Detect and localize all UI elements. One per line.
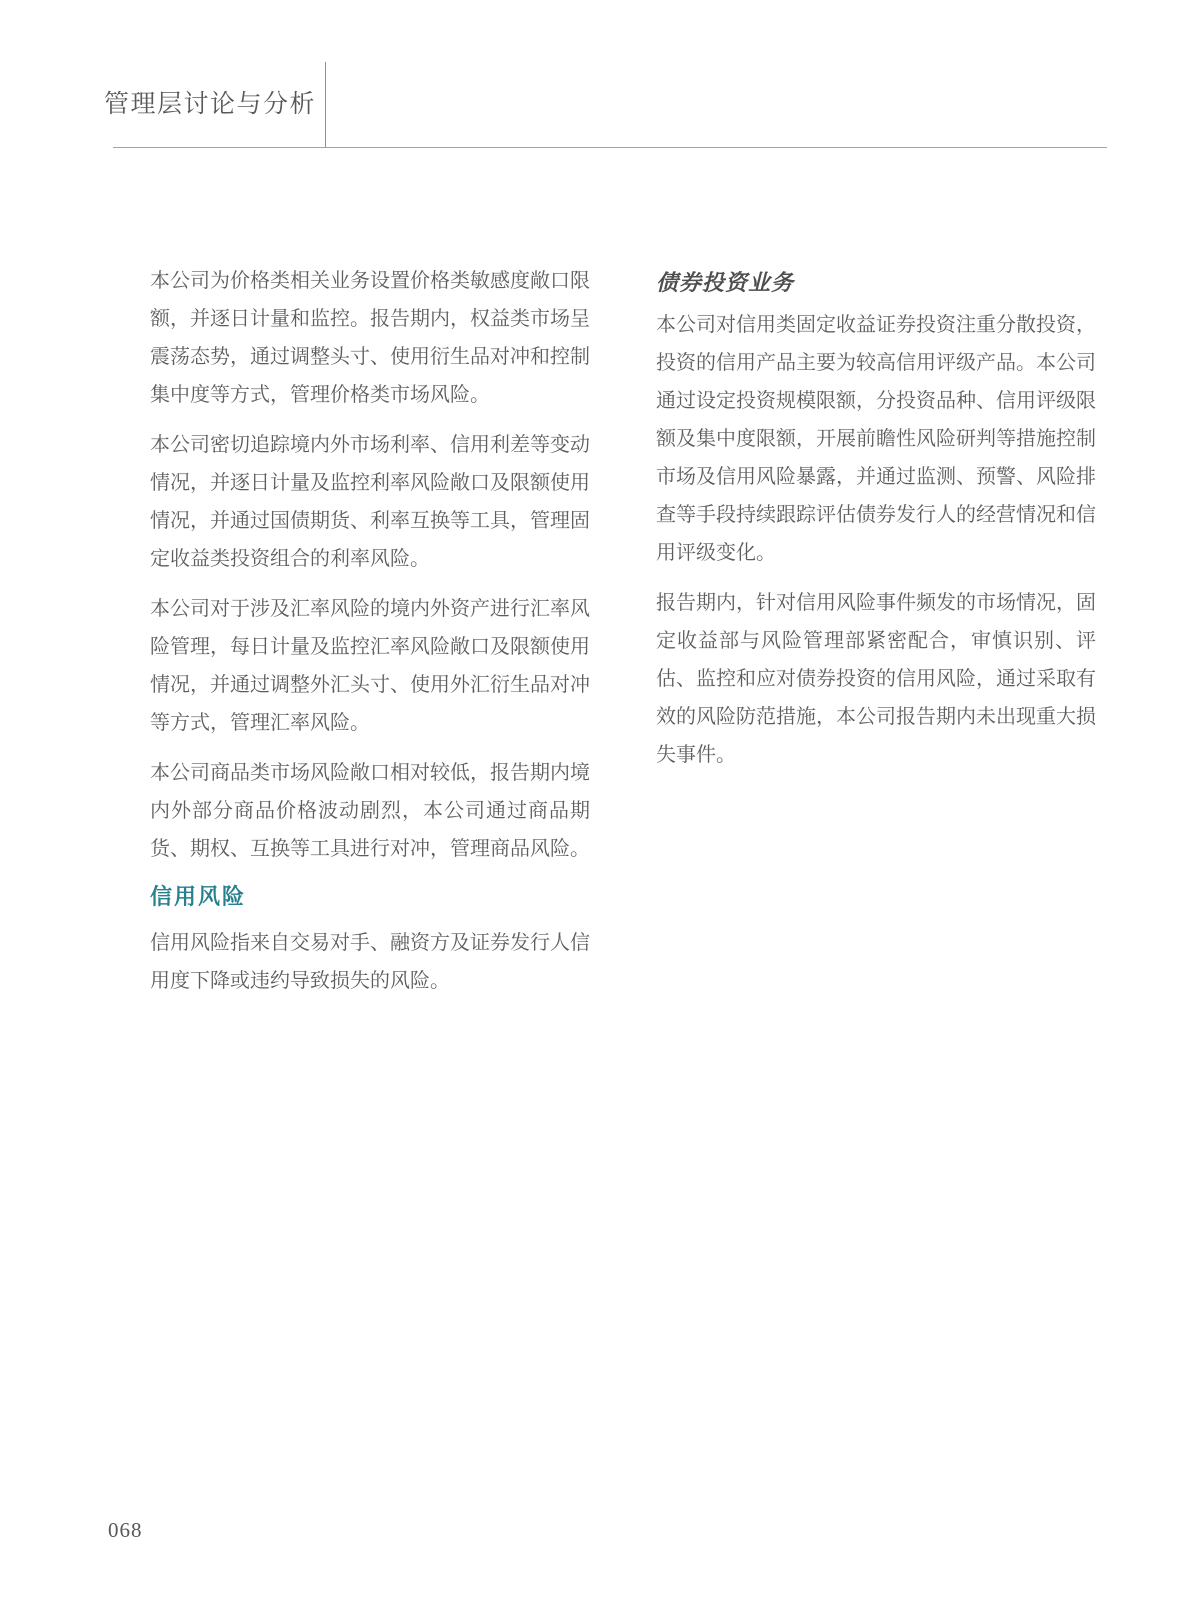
paragraph-fx-risk: 本公司对于涉及汇率风险的境内外资产进行汇率风险管理，每日计量及监控汇率风险敞口及… — [150, 590, 590, 742]
paragraph-credit-risk-definition: 信用风险指来自交易对手、融资方及证券发行人信用度下降或违约导致损失的风险。 — [150, 924, 590, 1000]
subsection-heading-bond-investment: 债券投资业务 — [656, 268, 1096, 298]
paragraph-commodity-risk: 本公司商品类市场风险敞口相对较低，报告期内境内外部分商品价格波动剧烈，本公司通过… — [150, 754, 590, 868]
header-horizontal-rule — [113, 147, 1107, 148]
paragraph-credit-event-response: 报告期内，针对信用风险事件频发的市场情况，固定收益部与风险管理部紧密配合，审慎识… — [656, 584, 1096, 774]
paragraph-interest-rate-risk: 本公司密切追踪境内外市场利率、信用利差等变动情况，并逐日计量及监控利率风险敞口及… — [150, 426, 590, 578]
paragraph-price-risk: 本公司为价格类相关业务设置价格类敏感度敞口限额，并逐日计量和监控。报告期内，权益… — [150, 262, 590, 414]
page-number: 068 — [108, 1518, 143, 1543]
header-vertical-divider — [325, 62, 326, 148]
left-column: 本公司为价格类相关业务设置价格类敏感度敞口限额，并逐日计量和监控。报告期内，权益… — [150, 262, 590, 1012]
report-page: 管理层讨论与分析 本公司为价格类相关业务设置价格类敏感度敞口限额，并逐日计量和监… — [0, 0, 1190, 1615]
right-column: 债券投资业务 本公司对信用类固定收益证券投资注重分散投资，投资的信用产品主要为较… — [656, 262, 1096, 1012]
paragraph-bond-investment-approach: 本公司对信用类固定收益证券投资注重分散投资，投资的信用产品主要为较高信用评级产品… — [656, 306, 1096, 572]
content-columns: 本公司为价格类相关业务设置价格类敏感度敞口限额，并逐日计量和监控。报告期内，权益… — [150, 262, 1096, 1012]
section-heading-credit-risk: 信用风险 — [150, 882, 590, 912]
page-title: 管理层讨论与分析 — [104, 84, 316, 120]
